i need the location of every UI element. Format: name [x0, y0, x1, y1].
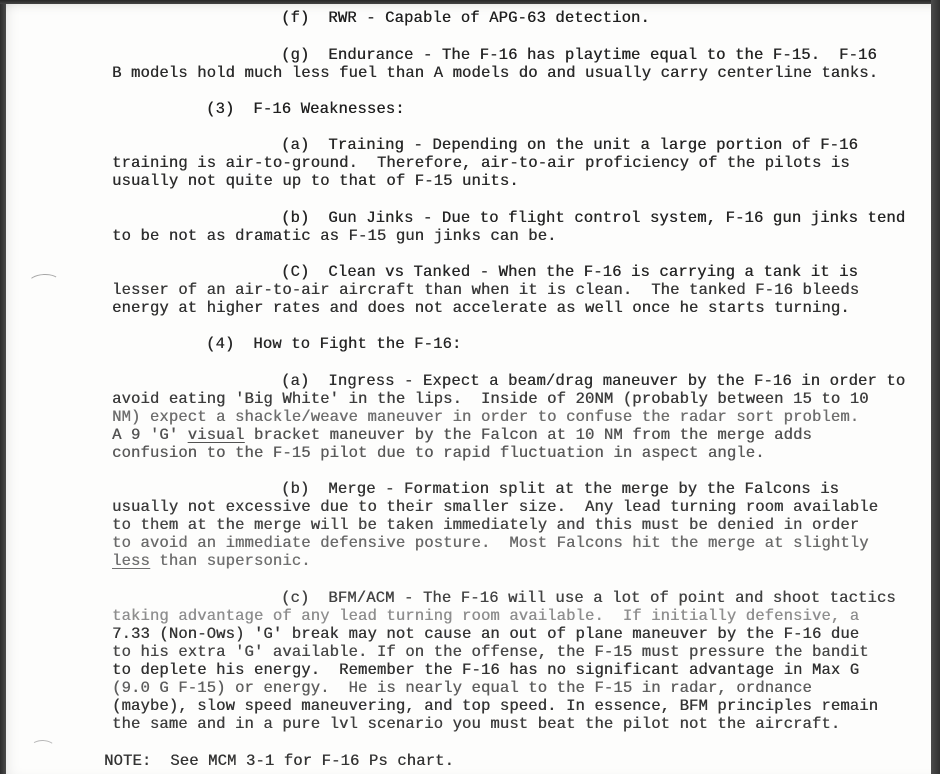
scan-border-left [0, 0, 6, 774]
text-line: (4) How to Fight the F-16: [206, 336, 461, 353]
text-line: (maybe), slow speed maneuvering, and top… [112, 698, 878, 715]
text-line: training is air-to-ground. Therefore, ai… [112, 155, 850, 172]
text-segment: usually not excessive due to their small… [112, 498, 878, 516]
text-segment: A 9 'G' [112, 426, 188, 444]
text-line: (b) Merge - Formation split at the merge… [281, 481, 839, 498]
underlined-text: visual [188, 426, 245, 444]
text-segment: to his extra 'G' available. If on the of… [112, 643, 869, 661]
text-line: energy at higher rates and does not acce… [112, 300, 850, 317]
text-segment: (a) Training - Depending on the unit a l… [281, 136, 858, 154]
text-segment: bracket maneuver by the Falcon at 10 NM … [244, 426, 811, 444]
text-line: B models hold much less fuel than A mode… [112, 65, 878, 82]
text-line: (a) Training - Depending on the unit a l… [281, 137, 858, 154]
text-line: (b) Gun Jinks - Due to flight control sy… [281, 210, 905, 227]
scan-border-top [0, 0, 940, 4]
text-line: (9.0 G F-15) or energy. He is nearly equ… [112, 680, 812, 697]
text-segment: usually not quite up to that of F-15 uni… [112, 172, 519, 190]
text-segment: (3) F-16 Weaknesses: [206, 100, 405, 118]
text-segment: NOTE: See MCM 3-1 for F-16 Ps chart. [104, 752, 454, 770]
text-line: (c) BFM/ACM - The F-16 will use a lot of… [281, 590, 896, 607]
text-segment: energy at higher rates and does not acce… [112, 299, 850, 317]
text-line: avoid eating 'Big White' in the lips. In… [112, 391, 869, 408]
text-segment: to avoid an immediate defensive posture.… [112, 534, 869, 552]
text-segment: than supersonic. [150, 552, 311, 570]
text-segment: to be not as dramatic as F-15 gun jinks … [112, 227, 557, 245]
text-line: NOTE: See MCM 3-1 for F-16 Ps chart. [104, 753, 454, 770]
text-line: (C) Clean vs Tanked - When the F-16 is c… [281, 264, 858, 281]
text-segment: to deplete his energy. Remember the F-16… [112, 661, 859, 679]
text-segment: (g) Endurance - The F-16 has playtime eq… [281, 46, 877, 64]
text-line: (g) Endurance - The F-16 has playtime eq… [281, 47, 877, 64]
text-segment: (4) How to Fight the F-16: [206, 335, 461, 353]
text-segment: the same and in a pure lvl scenario you … [112, 715, 840, 733]
underlined-text: less [112, 552, 150, 570]
text-line: less than supersonic. [112, 553, 311, 570]
document-page: (f) RWR - Capable of APG-63 detection.(g… [0, 0, 940, 774]
text-segment: lesser of an air-to-air aircraft than wh… [112, 281, 859, 299]
text-segment: (c) BFM/ACM - The F-16 will use a lot of… [281, 589, 896, 607]
text-segment: (f) RWR - Capable of APG-63 detection. [281, 9, 650, 27]
text-segment: B models hold much less fuel than A mode… [112, 64, 878, 82]
text-segment: (C) Clean vs Tanked - When the F-16 is c… [281, 263, 858, 281]
text-segment: (9.0 G F-15) or energy. He is nearly equ… [112, 679, 812, 697]
text-segment: (a) Ingress - Expect a beam/drag maneuve… [281, 372, 905, 390]
text-line: to avoid an immediate defensive posture.… [112, 535, 869, 552]
text-segment: training is air-to-ground. Therefore, ai… [112, 154, 850, 172]
pen-mark [31, 740, 55, 755]
text-segment: NM) expect a shackle/weave maneuver in o… [112, 408, 859, 426]
text-line: NM) expect a shackle/weave maneuver in o… [112, 409, 859, 426]
text-line: (a) Ingress - Expect a beam/drag maneuve… [281, 373, 905, 390]
text-line: usually not quite up to that of F-15 uni… [112, 173, 519, 190]
text-line: to deplete his energy. Remember the F-16… [112, 662, 859, 679]
text-line: to them at the merge will be taken immed… [112, 517, 859, 534]
pen-mark [28, 273, 61, 292]
text-segment: confusion to the F-15 pilot due to rapid… [112, 444, 765, 462]
text-segment: (b) Merge - Formation split at the merge… [281, 480, 839, 498]
text-segment: 7.33 (Non-Ows) 'G' break may not cause a… [112, 625, 859, 643]
text-line: A 9 'G' visual bracket maneuver by the F… [112, 427, 812, 444]
text-line: the same and in a pure lvl scenario you … [112, 716, 840, 733]
text-line: confusion to the F-15 pilot due to rapid… [112, 445, 765, 462]
text-line: (3) F-16 Weaknesses: [206, 101, 405, 118]
text-line: lesser of an air-to-air aircraft than wh… [112, 282, 859, 299]
text-segment: taking advantage of any lead turning roo… [112, 607, 859, 625]
text-line: usually not excessive due to their small… [112, 499, 878, 516]
text-segment: (b) Gun Jinks - Due to flight control sy… [281, 209, 905, 227]
text-line: 7.33 (Non-Ows) 'G' break may not cause a… [112, 626, 859, 643]
text-line: to his extra 'G' available. If on the of… [112, 644, 869, 661]
text-line: taking advantage of any lead turning roo… [112, 608, 859, 625]
text-segment: avoid eating 'Big White' in the lips. In… [112, 390, 869, 408]
scan-border-right [931, 0, 940, 774]
text-line: (f) RWR - Capable of APG-63 detection. [281, 10, 650, 27]
text-line: to be not as dramatic as F-15 gun jinks … [112, 228, 557, 245]
text-segment: to them at the merge will be taken immed… [112, 516, 859, 534]
text-segment: (maybe), slow speed maneuvering, and top… [112, 697, 878, 715]
